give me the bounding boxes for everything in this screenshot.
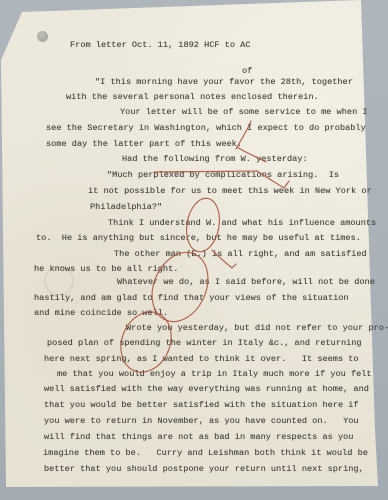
typewritten-line: The other man (E.) is all right, and am … <box>114 249 367 259</box>
typewritten-line: Wrote you yesterday, but did not refer t… <box>126 323 388 333</box>
typewritten-line: and mine coincide so well. <box>34 308 168 318</box>
typewritten-line: see the Secretary in Washington, which I… <box>46 123 366 133</box>
typewritten-line: will find that things are not as bad in … <box>44 432 353 442</box>
typewritten-line: hastily, and am glad to find that your v… <box>34 293 349 303</box>
typewritten-line: he knows us to be all right. <box>34 264 178 274</box>
typewritten-line: it not possible for us to meet this week… <box>88 186 372 196</box>
letter-text: From letter Oct. 11, 1892 HCF to AC of "… <box>0 0 388 500</box>
typewritten-line: that you would be better satisfied with … <box>44 400 359 410</box>
typewritten-line: with the several personal notes enclosed… <box>66 92 319 102</box>
typewritten-line: to. He is anything but sincere, but he m… <box>36 233 361 243</box>
interlined-insertion-of: of <box>242 66 252 76</box>
typewritten-line: you were to return in November, as you h… <box>44 416 359 426</box>
typewritten-line: better that you should postpone your ret… <box>44 464 364 474</box>
typewritten-line: me that you would enjoy a trip in Italy … <box>57 369 372 379</box>
typewritten-line: well satisfied with the way everything w… <box>44 384 369 394</box>
scan-background: From letter Oct. 11, 1892 HCF to AC of "… <box>0 0 388 500</box>
typewritten-line: Your letter will be of some service to m… <box>120 107 368 117</box>
typewritten-line: imagine them to be. Curry and Leishman b… <box>43 448 368 458</box>
typewritten-line: some day the latter part of this week. <box>46 139 242 149</box>
typewritten-line: posed plan of spending the winter in Ita… <box>47 338 362 348</box>
typewritten-line: Had the following from W. yesterday: <box>122 154 308 164</box>
typewritten-line: Philadelphia?" <box>90 202 162 212</box>
typewritten-line: here next spring, as I wanted to think i… <box>44 354 359 364</box>
typewritten-line: "Much perplexed by complications arising… <box>107 170 339 180</box>
typewritten-line: Think I understand W. and what his influ… <box>108 218 376 228</box>
typewritten-line: Whatever we do, as I said before, will n… <box>117 277 375 287</box>
typewritten-line: "I this morning have your favor the 28th… <box>95 77 353 87</box>
letter-source-header: From letter Oct. 11, 1892 HCF to AC <box>70 40 251 50</box>
